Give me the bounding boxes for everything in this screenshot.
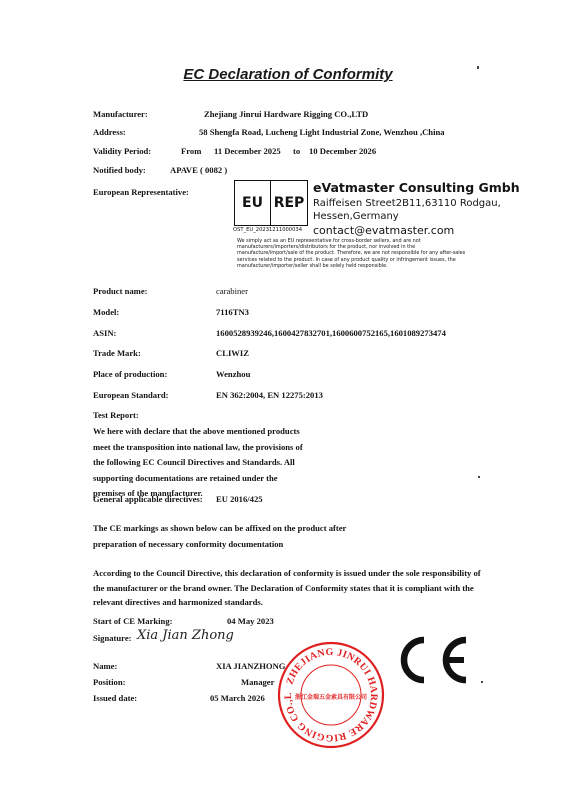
address-label: Address: — [93, 127, 126, 137]
eu-rep-disclaimer: We simply act as an EU representative fo… — [237, 238, 477, 269]
signature-label: Signature: — [93, 633, 132, 643]
asin-value: 1600528939246,1600427832701,160060075216… — [216, 328, 446, 338]
issued-date-label: Issued date: — [93, 693, 137, 703]
ce-mark-icon — [394, 636, 474, 684]
svg-text:浙江金瑞五金索具有限公司: 浙江金瑞五金索具有限公司 — [295, 693, 367, 701]
manufacturer-label: Manufacturer: — [93, 109, 148, 119]
test-report-label: Test Report: — [93, 410, 139, 420]
start-ce-label: Start of CE Marking: — [93, 616, 172, 626]
standard-value: EN 362:2004, EN 12275:2013 — [216, 390, 323, 400]
eu-rep-logo-eu: EU — [235, 181, 271, 225]
directives-value: EU 2016/425 — [216, 494, 263, 504]
issued-date-value: 05 March 2026 — [210, 693, 265, 703]
trade-mark-value: CLIWIZ — [216, 348, 249, 358]
address-value: 58 Shengfa Road, Lucheng Light Industria… — [199, 127, 445, 137]
validity-to-word: to — [293, 146, 300, 156]
signature-handwriting: Xia Jian Zhong — [137, 628, 234, 643]
standard-label: European Standard: — [93, 390, 169, 400]
validity-label: Validity Period: — [93, 146, 151, 156]
model-value: 7116TN3 — [216, 307, 249, 317]
directives-label: General applicable directives: — [93, 494, 203, 504]
scan-speck — [481, 681, 483, 683]
validity-from-date: 11 December 2025 — [214, 146, 281, 156]
place-label: Place of production: — [93, 369, 167, 379]
place-value: Wenzhou — [216, 369, 250, 379]
notified-body-label: Notified body: — [93, 165, 146, 175]
name-label: Name: — [93, 661, 117, 671]
eu-rep-address-2: Hessen,Germany — [313, 211, 399, 222]
asin-label: ASIN: — [93, 328, 116, 338]
scan-speck — [477, 66, 479, 69]
validity-from-word: From — [181, 146, 201, 156]
european-rep-label: European Representative: — [93, 187, 189, 197]
eu-rep-code: OST_EU_20231211000034 — [233, 227, 302, 233]
eu-rep-email: contact@evatmaster.com — [313, 224, 454, 237]
document-title: EC Declaration of Conformity — [0, 66, 576, 83]
notified-body-value: APAVE ( 0082 ) — [170, 165, 227, 175]
position-value: Manager — [241, 677, 274, 687]
validity-to-date: 10 December 2026 — [309, 146, 376, 156]
ce-markings-text: The CE markings as shown below can be af… — [93, 521, 358, 552]
manufacturer-value: Zhejiang Jinrui Hardware Rigging CO.,LTD — [204, 109, 368, 119]
product-name-label: Product name: — [93, 286, 148, 296]
company-stamp-icon: ZHEJIANG JINRUI HARDWARE RIGGING CO.,LTD… — [276, 640, 386, 750]
declaration-text: We here with declare that the above ment… — [93, 424, 305, 502]
scan-speck — [478, 476, 480, 478]
council-directive-text: According to the Council Directive, this… — [93, 566, 493, 610]
eu-rep-logo-rep: REP — [271, 181, 307, 225]
eu-rep-company: eVatmaster Consulting Gmbh — [313, 180, 520, 195]
start-ce-value: 04 May 2023 — [227, 616, 274, 626]
product-name-value: carabiner — [216, 286, 248, 296]
eu-rep-logo: EU REP — [234, 180, 308, 226]
position-label: Position: — [93, 677, 125, 687]
trade-mark-label: Trade Mark: — [93, 348, 141, 358]
eu-rep-address-1: Raiffeisen Street2B11,63110 Rodgau, — [313, 198, 501, 209]
model-label: Model: — [93, 307, 119, 317]
